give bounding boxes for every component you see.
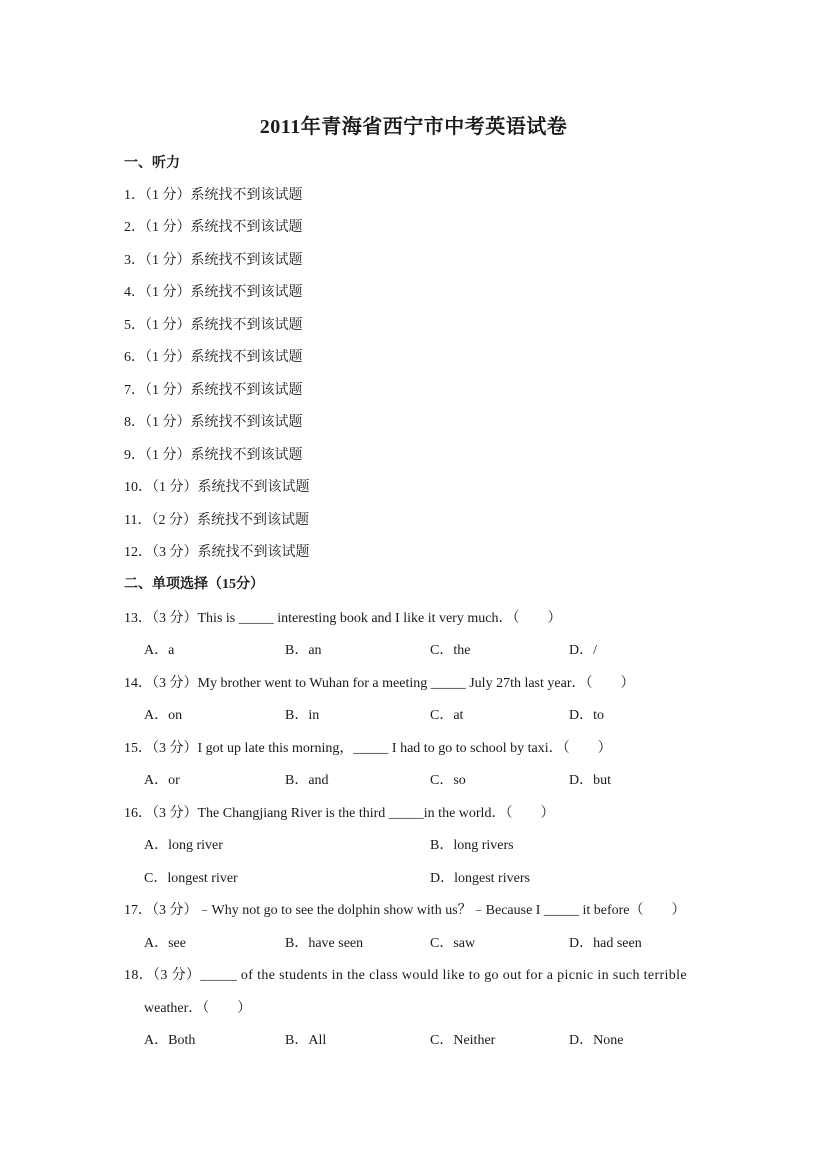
option: D．had seen — [569, 932, 642, 952]
list-item: 3．（1 分）系统找不到该试题 — [124, 249, 303, 269]
list-item: 8．（1 分）系统找不到该试题 — [124, 411, 303, 431]
option: C．longest river — [144, 867, 238, 887]
question-stem: 13．（3 分）This is _____ interesting book a… — [124, 607, 561, 627]
question-stem: 14．（3 分）My brother went to Wuhan for a m… — [124, 672, 635, 692]
option: B．have seen — [285, 932, 363, 952]
question-stem: 17．（3 分）﹣Why not go to see the dolphin s… — [124, 899, 685, 919]
section-heading-single-choice: 二、单项选择（15分） — [124, 573, 264, 593]
option: D．None — [569, 1029, 623, 1049]
list-item: 10．（1 分）系统找不到该试题 — [124, 476, 310, 496]
option: D．/ — [569, 639, 597, 659]
option: B．in — [285, 704, 319, 724]
question-stem-continuation: weather．（ ） — [144, 997, 251, 1017]
option: C．the — [430, 639, 470, 659]
section-heading-listening: 一、听力 — [124, 152, 180, 172]
option: B．and — [285, 769, 329, 789]
option: A．Both — [144, 1029, 195, 1049]
list-item: 12．（3 分）系统找不到该试题 — [124, 541, 310, 561]
question-stem: 15．（3 分）I got up late this morning，_____… — [124, 737, 612, 757]
option: A．a — [144, 639, 174, 659]
option: A．on — [144, 704, 182, 724]
list-item: 4．（1 分）系统找不到该试题 — [124, 281, 303, 301]
list-item: 11．（2 分）系统找不到该试题 — [124, 509, 309, 529]
option: D．longest rivers — [430, 867, 530, 887]
page-title: 2011年青海省西宁市中考英语试卷 — [0, 110, 827, 139]
list-item: 2．（1 分）系统找不到该试题 — [124, 216, 303, 236]
option: B．All — [285, 1029, 326, 1049]
list-item: 5．（1 分）系统找不到该试题 — [124, 314, 303, 334]
option: A．long river — [144, 834, 223, 854]
list-item: 1．（1 分）系统找不到该试题 — [124, 184, 303, 204]
option: A．or — [144, 769, 180, 789]
question-stem: 18．（3 分）_____ of the students in the cla… — [124, 964, 687, 984]
option: C．saw — [430, 932, 475, 952]
option: B．an — [285, 639, 322, 659]
list-item: 6．（1 分）系统找不到该试题 — [124, 346, 303, 366]
option: D．but — [569, 769, 611, 789]
option: C．at — [430, 704, 463, 724]
option: C．so — [430, 769, 466, 789]
option: B．long rivers — [430, 834, 514, 854]
question-stem: 16．（3 分）The Changjiang River is the thir… — [124, 802, 554, 822]
list-item: 7．（1 分）系统找不到该试题 — [124, 379, 303, 399]
option: D．to — [569, 704, 604, 724]
option: A．see — [144, 932, 186, 952]
list-item: 9．（1 分）系统找不到该试题 — [124, 444, 303, 464]
option: C．Neither — [430, 1029, 495, 1049]
